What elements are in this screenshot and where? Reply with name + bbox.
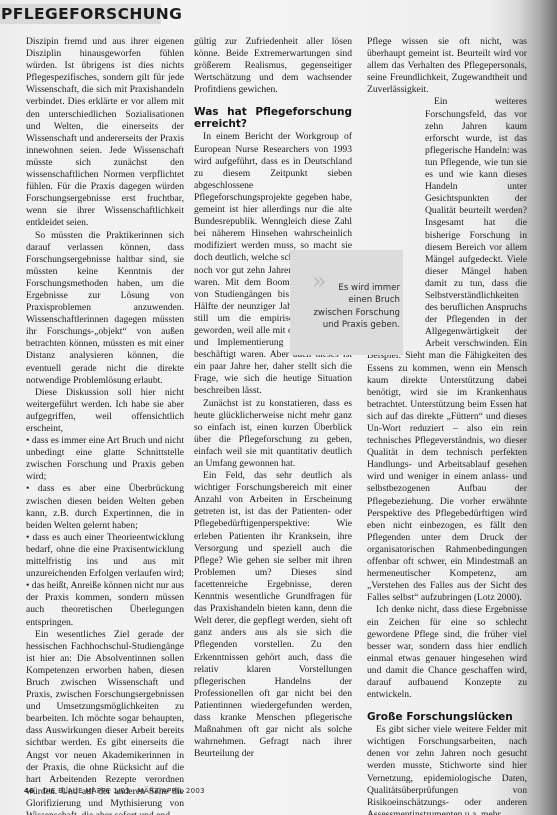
paragraph: Pflege wissen sie oft nicht, was überhau…	[367, 36, 527, 96]
page-number: 46	[24, 787, 34, 795]
page-footer: 46 DIE BLAUE MAPPE 1/03 · MÄRZ/APRIL 200…	[24, 787, 205, 795]
paragraph: Ein Feld, das sehr deutlich als wichtige…	[194, 470, 352, 760]
column-2: gültig zur Zufriedenheit aller lösen kön…	[194, 36, 352, 760]
section-heading: Große Forschungslücken	[367, 711, 527, 723]
bullet-item: • dass es aber eine Überbrückung zwische…	[26, 483, 184, 531]
paragraph: Diszipin fremd und aus ihrer eigenen Dis…	[26, 36, 184, 230]
paragraph: Diese Diskussion soll hier nicht weiterg…	[26, 387, 184, 435]
magazine-page: PFLEGEFORSCHUNG Diszipin fremd und aus i…	[0, 0, 557, 815]
paragraph: gültig zur Zufriedenheit aller lösen kön…	[194, 36, 352, 96]
paragraph: So müssten die Praktikerinnen sich darau…	[26, 230, 184, 387]
paragraph: Zunächst ist zu konstatieren, dass es he…	[194, 398, 352, 471]
publication-line: DIE BLAUE MAPPE 1/03 · MÄRZ/APRIL 2003	[43, 787, 205, 795]
paragraph: Ich denke nicht, dass diese Ergebnisse e…	[367, 604, 527, 701]
running-head: PFLEGEFORSCHUNG	[0, 4, 161, 24]
column-3: Pflege wissen sie oft nicht, was überhau…	[367, 36, 527, 815]
paragraph: Es gibt sicher viele weitere Felder mit …	[367, 724, 527, 815]
bullet-item: • dass es auch einer Theorieentwicklung …	[26, 532, 184, 580]
section-heading: Was hat Pflegeforschung erreicht?	[194, 106, 352, 130]
bullet-item: • dass es immer eine Art Bruch und nicht…	[26, 435, 184, 483]
column-1: Diszipin fremd und aus ihrer eigenen Dis…	[26, 36, 184, 815]
pullquote: Es wird immer einen Bruch zwischen Forsc…	[296, 282, 400, 331]
bullet-item: • das heißt, Anreiße können nicht nur au…	[26, 580, 184, 628]
